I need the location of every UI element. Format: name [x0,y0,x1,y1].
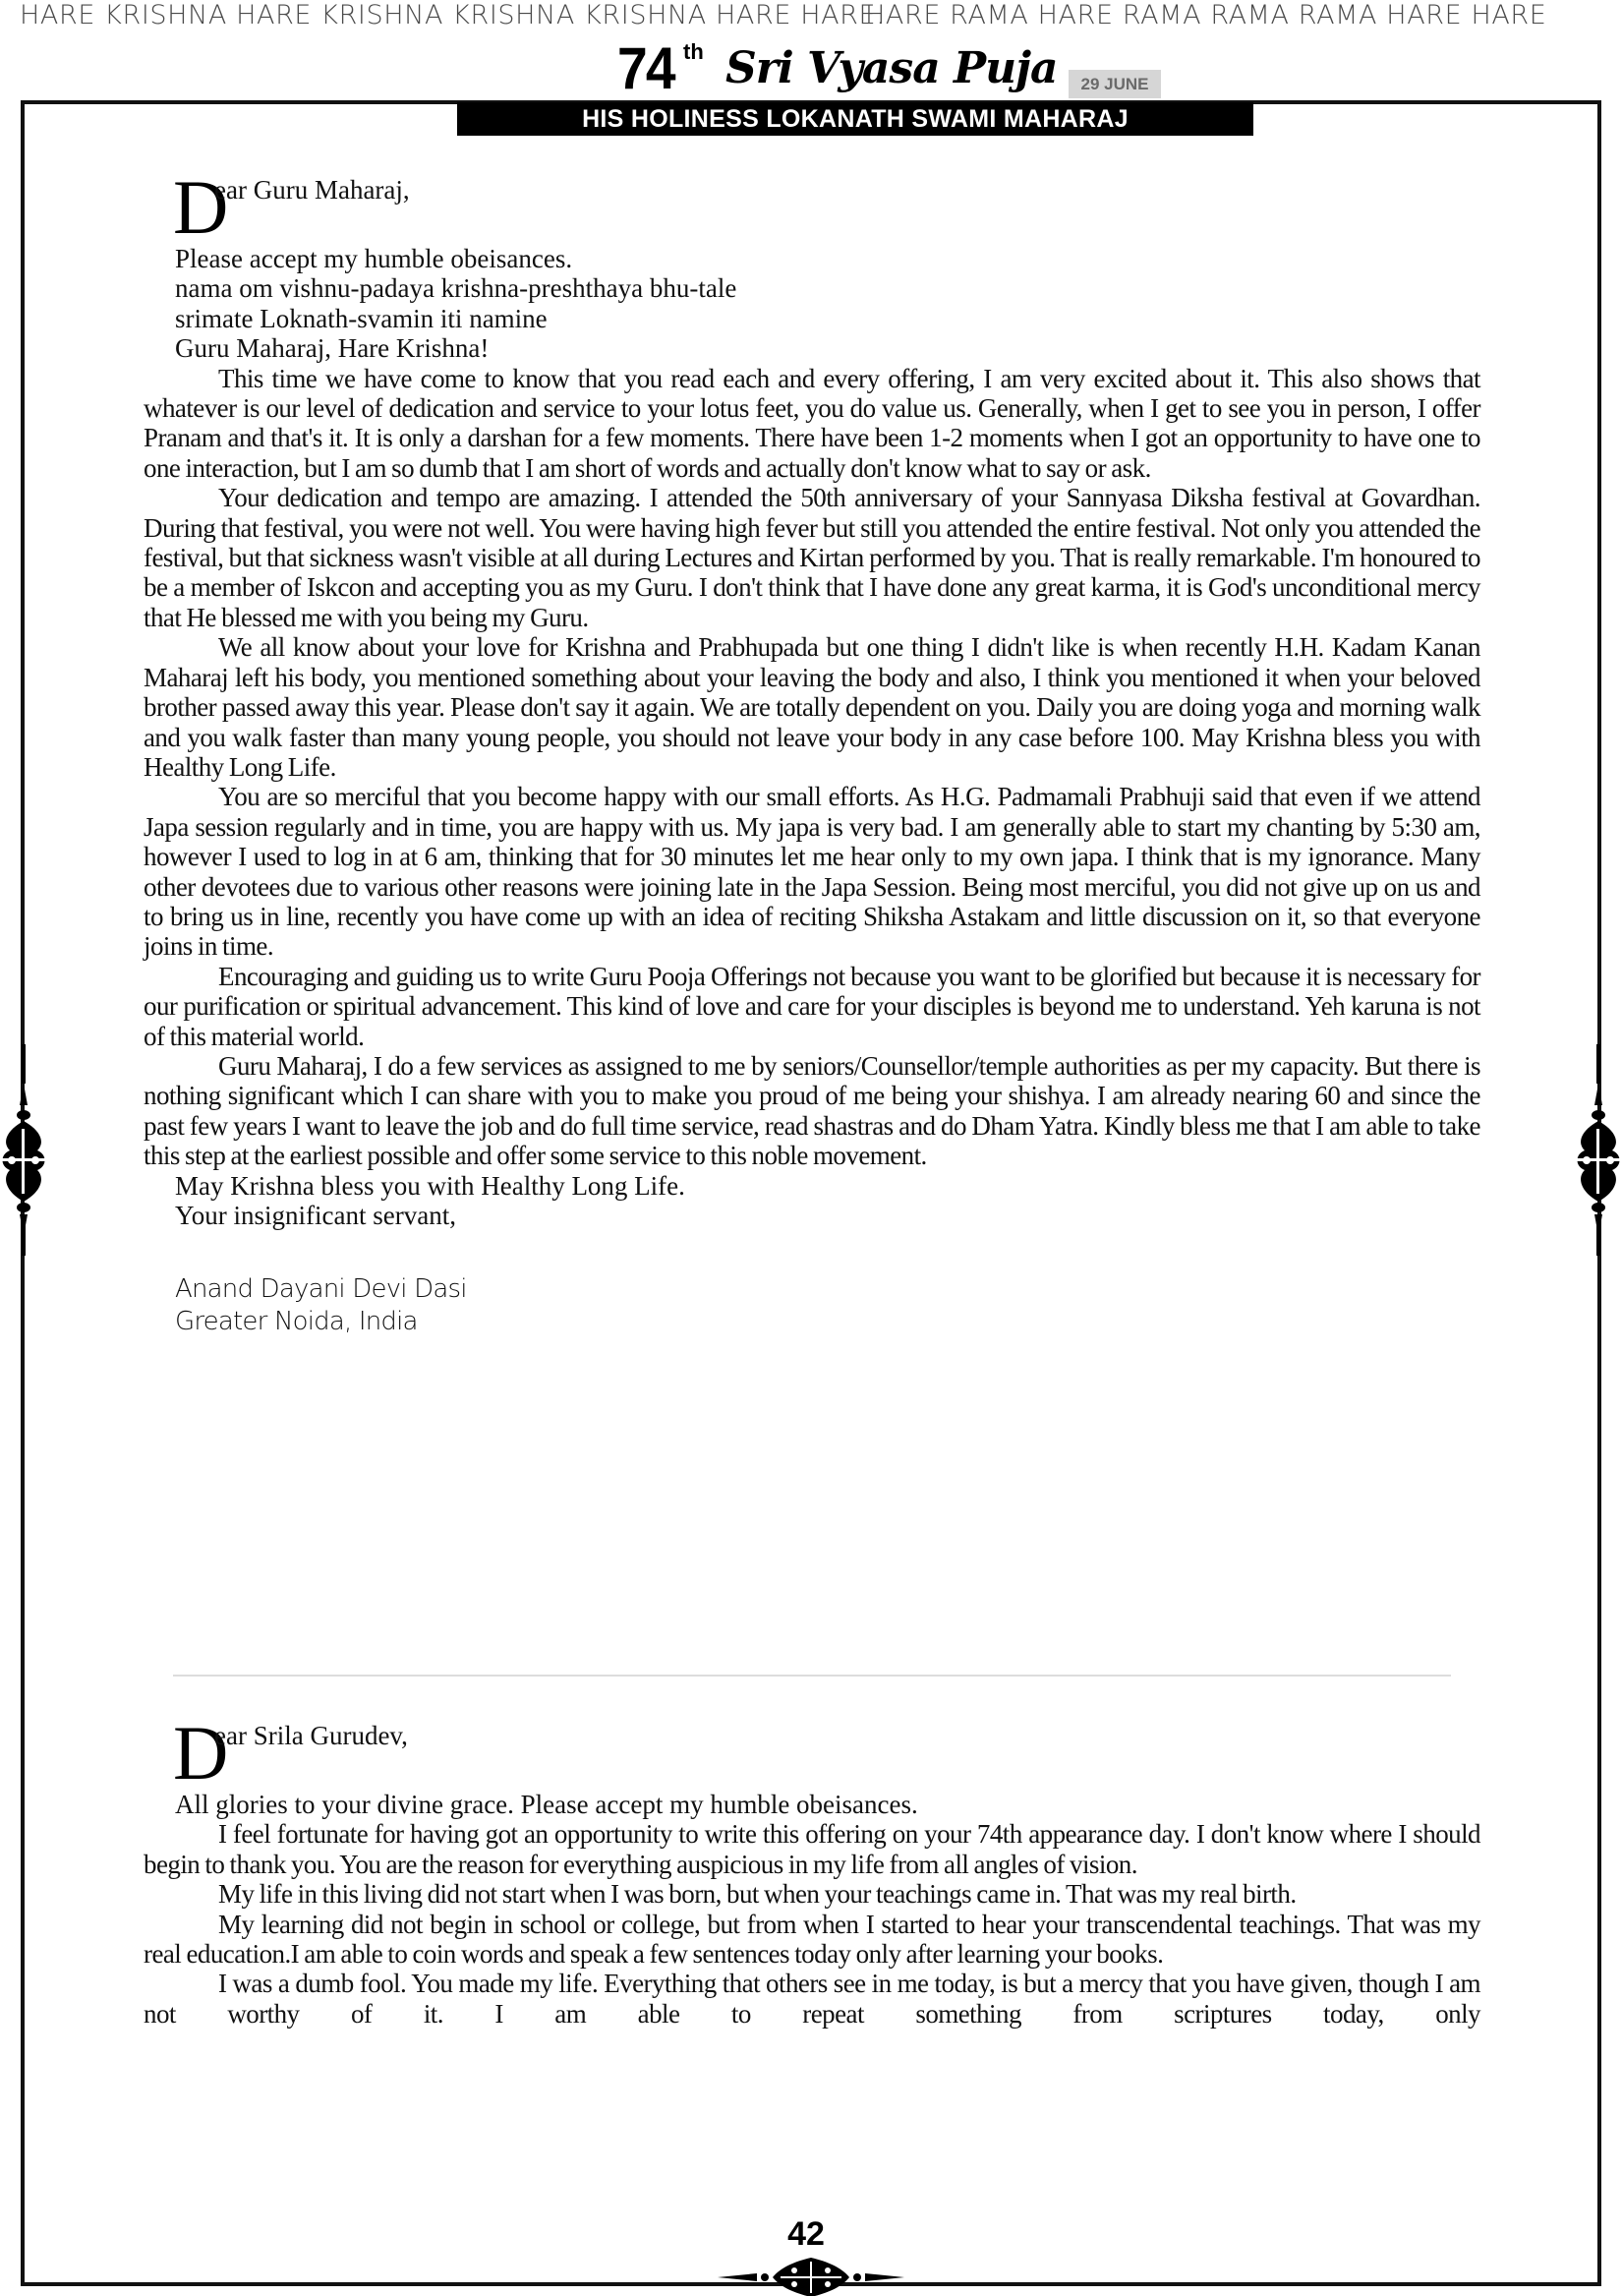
salutation: D ear Srila Gurudev, [144,1719,1480,1790]
opening-line: All glories to your divine grace. Please… [144,1790,1480,1819]
opening-line: nama om vishnu-padaya krishna-preshthaya… [144,273,1480,303]
mantra-right: HARE RAMA HARE RAMA RAMA RAMA HARE HARE [865,0,1546,30]
paragraph: My life in this living did not start whe… [144,1879,1480,1909]
paragraph: We all know about your love for Krishna … [144,632,1480,782]
section-divider [173,1675,1451,1677]
title-suffix: th [683,39,704,65]
filigree-ornament-icon [678,2258,944,2296]
header-banner: HIS HOLINESS LOKANATH SWAMI MAHARAJ [457,102,1253,136]
paragraph: You are so merciful that you become happ… [144,782,1480,961]
signature-location: Greater Noida, India [144,1306,1480,1338]
signature-name: Anand Dayani Devi Dasi [144,1273,1480,1306]
paragraph: This time we have come to know that you … [144,364,1480,484]
filigree-ornament-icon [1571,1044,1622,1256]
closing-line: May Krishna bless you with Healthy Long … [144,1171,1480,1201]
paragraph: I was a dumb fool. You made my life. Eve… [144,1969,1480,2029]
paragraph: Your dedication and tempo are amazing. I… [144,483,1480,632]
paragraph: I feel fortunate for having got an oppor… [144,1819,1480,1879]
mantra-left: HARE KRISHNA HARE KRISHNA KRISHNA KRISHN… [20,0,885,30]
date-badge: 29 JUNE 2023 [1069,70,1161,98]
offering-2: D ear Srila Gurudev, All glories to your… [144,1719,1480,2029]
salutation: D ear Guru Maharaj, [144,173,1480,244]
salutation-text: ear Srila Gurudev, [214,1721,408,1750]
closing-line: Your insignificant servant, [144,1201,1480,1230]
mantra-header: HARE KRISHNA HARE KRISHNA KRISHNA KRISHN… [0,0,1622,35]
page-number: 42 [767,2215,845,2254]
offering-1: D ear Guru Maharaj, Please accept my hum… [144,173,1480,1338]
paragraph: Guru Maharaj, I do a few services as ass… [144,1051,1480,1171]
salutation-text: ear Guru Maharaj, [214,175,410,205]
filigree-ornament-icon [0,1044,51,1256]
title-number: 74 [617,37,674,100]
opening-line: Please accept my humble obeisances. [144,244,1480,273]
opening-line: srimate Loknath-svamin iti namine [144,304,1480,333]
paragraph: My learning did not begin in school or c… [144,1910,1480,1970]
paragraph: Encouraging and guiding us to write Guru… [144,962,1480,1051]
title-text: Sri Vyasa Puja [725,39,1058,98]
opening-line: Guru Maharaj, Hare Krishna! [144,333,1480,363]
